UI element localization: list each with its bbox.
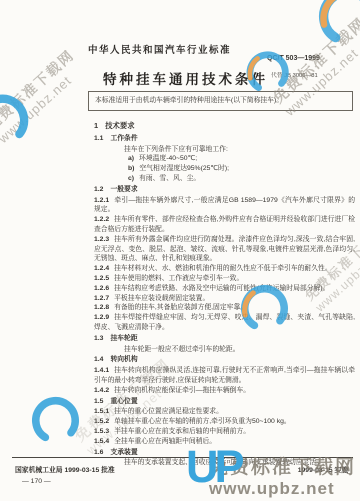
clause-number: 1.2 [94,186,103,193]
clause-number: 1.4.1 [94,367,109,374]
clause-line: 1.2.6挂车结构应考虑铁路、水路及空中运输的可能性(允许运输时局部分解)。 [94,284,355,294]
clause-line: c)有雨、雪、风、尘。 [94,174,355,184]
standard-number: QC/T 503—1999 [267,55,320,62]
clause-line: 1.4转向机构 [94,354,355,366]
clause-number: 1.2.2 [94,216,109,223]
clause-text: 有雨、雪、风、尘。 [139,175,200,182]
upbz-logo-icon [314,0,360,52]
clause-line: b)空气相对湿度达95%(25℃时); [94,164,355,174]
clause-number: c) [128,175,134,182]
clause-line: 1.2.8有备胎的挂车,其备胎应装卸方便,固定牢靠。 [94,303,355,313]
upbz-logo-icon [0,80,36,160]
clause-text: 挂车使用的燃料、工作液应与牵引车一致。 [114,275,243,282]
clause-text: 支承装置 [110,449,137,456]
clause-number: a) [128,155,134,162]
watermark-site-url: www.upbz.net [209,479,356,499]
clause-line: 1技术要求 [94,119,355,133]
clause-number: 1.5.2 [94,418,109,425]
clause-line: 挂车在下列条件下应有可靠地工作: [94,145,355,155]
scope-statement-box: 本标准适用于由机动车辆牵引的特种用途挂车(以下简称挂车)。 [88,91,353,111]
clause-text: 一般要求 [110,186,137,193]
upbz-logo-icon [28,384,86,456]
clause-number: 1.2.6 [94,285,109,292]
clause-text: 挂车所有外露金属件均应进行防腐处理。涂漆件应色泽均匀,深浅一致,结合牢固,应无浮… [94,236,355,263]
clause-text: 挂车转向机构应操纵灵活,连接可靠,行驶时无不正常响声,当牵引—拖挂车辆以牵引车的… [94,367,355,384]
clause-number: 1.5.3 [94,428,109,435]
clause-text: 挂车的支承装置支起、回收应灵活可靠,导向支承装置转动应灵活。 [124,459,323,466]
watermark-site-name: 免费标准下载网 [0,45,79,135]
clause-number: 1.2.9 [94,314,109,321]
clause-text: 重心位置 [110,398,137,405]
clause-number: 1.3 [94,335,103,342]
clause-line: 1.4.2挂车转向机构应能保证牵引—拖挂车辆倒车。 [94,386,355,396]
clause-line: 1.5重心位置 [94,396,355,408]
clause-text: 全挂车重心应在两轴距中间稍后。 [114,438,216,445]
clause-line: a)环境温度-40~50℃; [94,154,355,164]
watermark-site-url: www.upbz.net [0,60,89,146]
clause-number: 1.2.3 [94,236,109,243]
clause-number: 1.2.5 [94,275,109,282]
clause-line: 1.2.1牵引—拖挂车辆外廓尺寸,一般应满足GB 1589—1979《汽车外廓尺… [94,196,355,216]
clause-number: 1.6 [94,449,103,456]
clause-line: 1.5.4全挂车重心应在两轴距中间稍后。 [94,437,355,447]
clause-text: 半挂车重心应在前支承和后轴的中间稍前方。 [114,428,250,435]
clause-line: 1.2.4挂车材料对火、水、燃油和机油作用的耐久性应不低于牵引车的耐久性。 [94,264,355,274]
clause-text: 挂车在下列条件下应有可靠地工作: [124,146,228,153]
clause-line: 1.2.7平板挂车应装设载荷固定装置。 [94,294,355,304]
standard-org-line: 中华人民共和国汽车行业标准 [88,42,231,56]
clause-text: 挂车轮距 [110,335,137,342]
clause-text: 牵引—拖挂车辆外廓尺寸,一般应满足GB 1589—1979《汽车外廓尺寸限界》的… [94,197,355,214]
clause-line: 1.5.1挂车的重心位置应满足稳定性要求。 [94,407,355,417]
clause-text: 空气相对湿度达95%(25℃时); [139,165,229,172]
clause-number: 1.4.2 [94,387,109,394]
clause-number: 1.5.4 [94,438,109,445]
footer-divider [12,457,353,458]
clause-text: 挂车所有零件、部件应经检查合格,外购件应有合格证明并经验收部门进行进厂检查合格后… [94,216,355,233]
clause-line: 1.1工作条件 [94,133,355,145]
clause-number: b) [128,165,134,172]
clause-text: 环境温度-40~50℃; [139,155,197,162]
clause-text: 挂车转向机构应能保证牵引—拖挂车辆倒车。 [114,387,250,394]
clause-line: 挂车轮距一般应不超过牵引车的轮距。 [94,345,355,355]
page-title: 特种挂车通用技术条件 [103,68,268,88]
clause-number: 1.2.4 [94,265,109,272]
clause-line: 1.5.2单轴挂车重心应在车轴的稍前方,牵引环负重为50~100 kg。 [94,417,355,427]
clause-text: 单轴挂车重心应在车轴的稍前方,牵引环负重为50~100 kg。 [114,418,291,425]
footer-approved-by: 国家机械工业局 1999-03-15 批准 [15,464,115,474]
clause-line: 1.2.3挂车所有外露金属件均应进行防腐处理。涂漆件应色泽均匀,深浅一致,结合牢… [94,235,355,264]
clause-text: 平板挂车应装设载荷固定装置。 [114,295,209,302]
clause-number: 1.2.8 [94,304,109,311]
clause-text: 转向机构 [110,356,137,363]
clause-line: 1.2.9挂车焊接件焊缝应牢固、均匀,无焊穿、咬边、漏焊、裂缝、夹渣、气孔等缺陷… [94,313,355,333]
clause-number: 1.1 [94,135,103,142]
standard-replaces: 代替 JB 3006—81 [271,70,318,79]
clause-number: 1.4 [94,356,103,363]
clause-number: 1 [94,121,98,130]
clause-text: 挂车结构应考虑铁路、水路及空中运输的可能性(允许运输时局部分解)。 [114,285,329,292]
clause-number: 1.5 [94,398,103,405]
scanned-standard-page: 中华人民共和国汽车行业标准 特种挂车通用技术条件 QC/T 503—1999 代… [0,0,360,501]
scope-statement: 本标准适用于由机动车辆牵引的特种用途挂车(以下简称挂车)。 [95,97,283,104]
clause-number: 1.5.1 [94,408,109,415]
clause-text: 工作条件 [110,135,137,142]
clause-text: 技术要求 [105,121,135,130]
clause-text: 挂车的重心位置应满足稳定性要求。 [114,408,223,415]
clause-line: 1.2.2挂车所有零件、部件应经检查合格,外购件应有合格证明并经验收部门进行进厂… [94,215,355,235]
clause-text: 挂车焊接件焊缝应牢固、均匀,无焊穿、咬边、漏焊、裂缝、夹渣、气孔等缺陷,焊皮、飞… [94,314,355,331]
footer-page-number: — 170 — [22,478,51,485]
clause-text: 有备胎的挂车,其备胎应装卸方便,固定牢靠。 [114,304,247,311]
clause-line: 1.5.3半挂车重心应在前支承和后轴的中间稍前方。 [94,427,355,437]
clause-number: 1.2.7 [94,295,109,302]
clause-line: 1.2一般要求 [94,184,355,196]
watermark-top-left: 免费标准下载网 www.upbz.net [0,45,89,146]
footer-implementation-date: 1999-08-15 实施 [298,464,348,474]
clause-line: 1.3挂车轮距 [94,333,355,345]
clause-number: 1.2.1 [94,197,109,204]
clause-text: 挂车材料对火、水、燃油和机油作用的耐久性应不低于牵引车的耐久性。 [114,265,332,272]
clause-line: 1.4.1挂车转向机构应操纵灵活,连接可靠,行驶时无不正常响声,当牵引—拖挂车辆… [94,366,355,386]
clause-text: 挂车轮距一般应不超过牵引车的轮距。 [124,346,240,353]
clause-list: 1技术要求1.1工作条件挂车在下列条件下应有可靠地工作:a)环境温度-40~50… [94,119,355,468]
clause-line: 1.2.5挂车使用的燃料、工作液应与牵引车一致。 [94,274,355,284]
